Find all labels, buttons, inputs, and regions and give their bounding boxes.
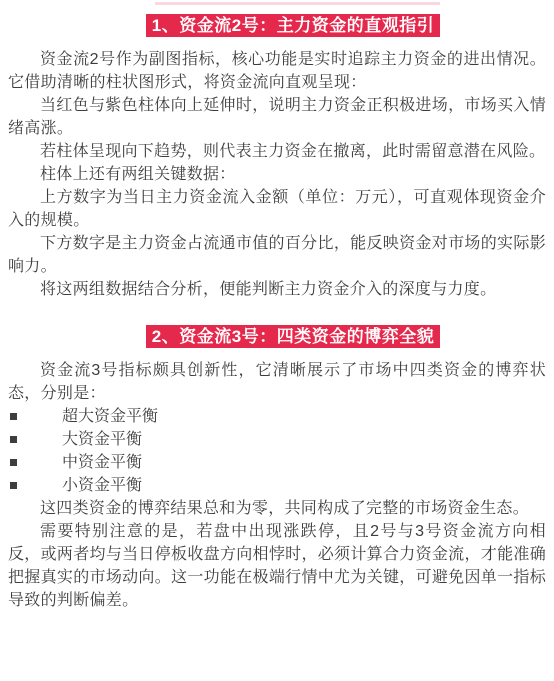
paragraph-s1-3: 若柱体呈现向下趋势，则代表主力资金在撤离，此时需留意潜在风险。 [8, 140, 546, 163]
bullet-item: 大资金平衡 [8, 428, 546, 451]
bullet-item-label: 大资金平衡 [62, 431, 142, 448]
bullet-square-icon [10, 413, 17, 420]
bullet-item-label: 中资金平衡 [62, 454, 142, 471]
bullet-square-icon [10, 436, 17, 443]
bullet-item-label: 小资金平衡 [62, 477, 142, 494]
cutoff-red-bar-remnant [155, 2, 440, 5]
paragraph-s2-intro: 资金流3号指标颇具创新性，它清晰展示了市场中四类资金的博弈状态，分别是： [8, 359, 546, 405]
bullet-square-icon [10, 459, 17, 466]
bullet-item: 中资金平衡 [8, 451, 546, 474]
section-1-heading: 1、资金流2号：主力资金的直观指引 [146, 14, 440, 37]
document-page: 1、资金流2号：主力资金的直观指引 资金流2号作为副图指标，核心功能是实时追踪主… [0, 0, 554, 681]
bullet-item-label: 超大资金平衡 [62, 408, 158, 425]
paragraph-s1-5: 上方数字为当日主力资金流入金额（单位：万元），可直观体现资金介入的规模。 [8, 186, 546, 232]
section-2-heading-row: 2、资金流3号：四类资金的博弈全貌 [8, 325, 546, 349]
section-1-heading-row: 1、资金流2号：主力资金的直观指引 [8, 14, 546, 38]
paragraph-s2-1: 这四类资金的博弈结果总和为零，共同构成了完整的市场资金生态。 [8, 497, 546, 520]
paragraph-s1-2: 当红色与紫色柱体向上延伸时，说明主力资金正积极进场，市场买入情绪高涨。 [8, 94, 546, 140]
fund-type-bullet-list: 超大资金平衡 大资金平衡 中资金平衡 小资金平衡 [8, 405, 546, 497]
paragraph-s1-7: 将这两组数据结合分析，便能判断主力资金介入的深度与力度。 [8, 278, 546, 301]
bullet-square-icon [10, 482, 17, 489]
paragraph-s2-2: 需要特别注意的是，若盘中出现涨跌停，且2号与3号资金流方向相反，或两者均与当日停… [8, 520, 546, 612]
bullet-item: 小资金平衡 [8, 474, 546, 497]
section-2-heading: 2、资金流3号：四类资金的博弈全貌 [146, 325, 440, 348]
paragraph-s1-6: 下方数字是主力资金占流通市值的百分比，能反映资金对市场的实际影响力。 [8, 232, 546, 278]
paragraph-s1-1: 资金流2号作为副图指标，核心功能是实时追踪主力资金的进出情况。它借助清晰的柱状图… [8, 48, 546, 94]
bullet-item: 超大资金平衡 [8, 405, 546, 428]
paragraph-s1-4: 柱体上还有两组关键数据： [8, 163, 546, 186]
